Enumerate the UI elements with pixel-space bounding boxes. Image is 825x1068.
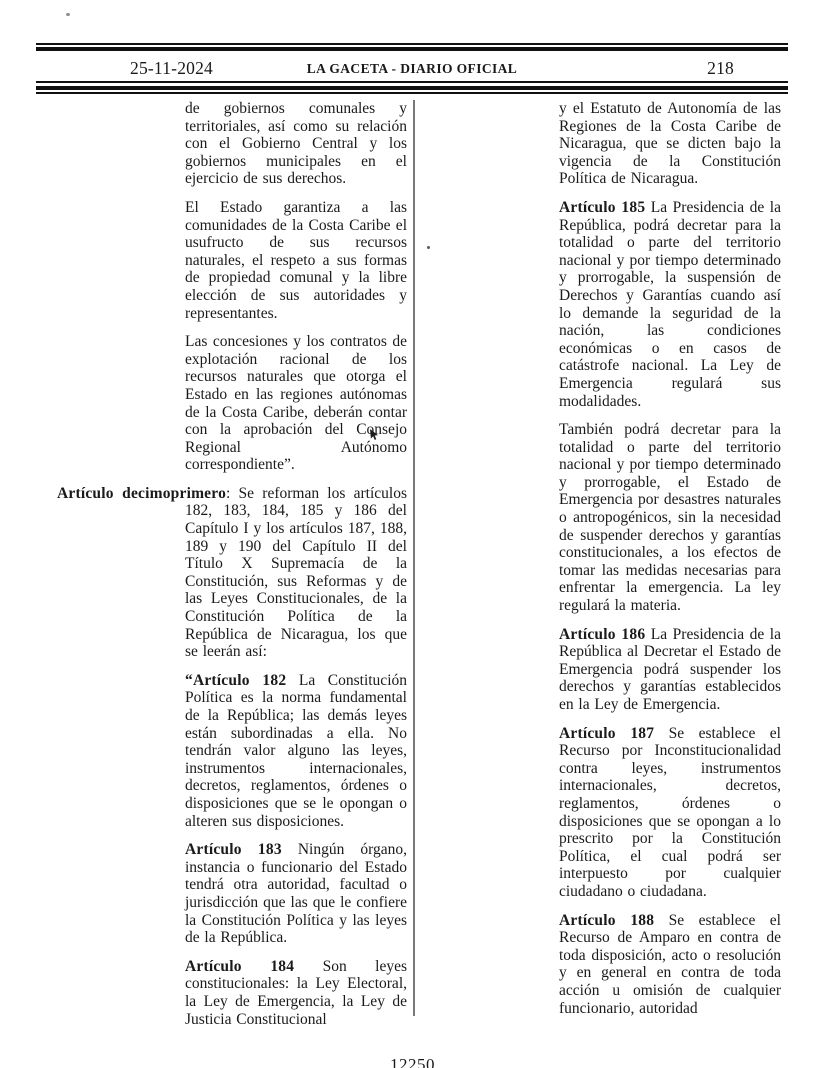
reform-clause-decimoprimero: Artículo decimoprimero: Se reforman los …	[57, 485, 407, 661]
column-divider	[413, 100, 415, 1016]
footer-page-number: 12250	[390, 1055, 435, 1068]
paragraph-gobiernos-comunales: de gobiernos comunales y territoriales, …	[185, 100, 407, 188]
article-187-label: Artículo 187	[559, 725, 654, 742]
left-column: de gobiernos comunales y territoriales, …	[57, 100, 407, 1039]
article-182-body: La Constitución Política es la norma fun…	[185, 672, 407, 830]
article-183-paragraph: Artículo 183 Ningún órgano, instancia o …	[185, 841, 407, 947]
scan-speck	[66, 13, 70, 16]
two-column-body: de gobiernos comunales y territoriales, …	[0, 100, 825, 1039]
scan-speck	[427, 246, 430, 249]
article-185-paragraph: Artículo 185 La Presidencia de la Repúbl…	[559, 199, 781, 410]
header-title: LA GACETA - DIARIO OFICIAL	[307, 61, 517, 77]
page-footer: 12250	[0, 1055, 825, 1068]
article-186-label: Artículo 186	[559, 626, 645, 643]
header-date: 25-11-2024	[130, 58, 213, 79]
article-185-label: Artículo 185	[559, 199, 645, 216]
article-187-paragraph: Artículo 187 Se establece el Recurso por…	[559, 725, 781, 901]
paragraph-concesiones: Las concesiones y los contratos de explo…	[185, 333, 407, 474]
article-182-label: “Artículo 182	[185, 672, 286, 689]
article-184-paragraph: Artículo 184 Son leyes constitucionales:…	[185, 958, 407, 1028]
article-188-paragraph: Artículo 188 Se establece el Recurso de …	[559, 912, 781, 1018]
right-column: y el Estatuto de Autonomía de las Region…	[559, 100, 781, 1028]
gazette-page: 25-11-2024 LA GACETA - DIARIO OFICIAL 21…	[0, 0, 825, 1068]
masthead-row: 25-11-2024 LA GACETA - DIARIO OFICIAL 21…	[36, 51, 788, 83]
article-183-label: Artículo 183	[185, 841, 282, 858]
mouse-pointer-icon	[370, 429, 380, 441]
article-184-label: Artículo 184	[185, 958, 294, 975]
masthead-rule-thin-top	[36, 43, 788, 45]
article-185-body: La Presidencia de la República, podrá de…	[559, 199, 781, 410]
paragraph-tambien-podra: También podrá decretar para la totalidad…	[559, 421, 781, 615]
paragraph-estado-garantiza: El Estado garantiza a las comunidades de…	[185, 199, 407, 322]
reform-clause-label: Artículo decimoprimero	[57, 485, 226, 502]
masthead-rule-thin-bottom	[36, 92, 788, 94]
article-188-label: Artículo 188	[559, 912, 654, 929]
article-182-paragraph: “Artículo 182 La Constitución Política e…	[185, 672, 407, 830]
masthead-rule-thick-bottom	[36, 86, 788, 90]
article-186-paragraph: Artículo 186 La Presidencia de la Repúbl…	[559, 626, 781, 714]
header-edition-number: 218	[707, 58, 734, 79]
paragraph-estatuto-autonomia: y el Estatuto de Autonomía de las Region…	[559, 100, 781, 188]
masthead: 25-11-2024 LA GACETA - DIARIO OFICIAL 21…	[36, 0, 788, 94]
reform-clause-body: : Se reforman los artículos 182, 183, 18…	[185, 485, 407, 660]
article-187-body: Se establece el Recurso por Inconstituci…	[559, 725, 781, 900]
